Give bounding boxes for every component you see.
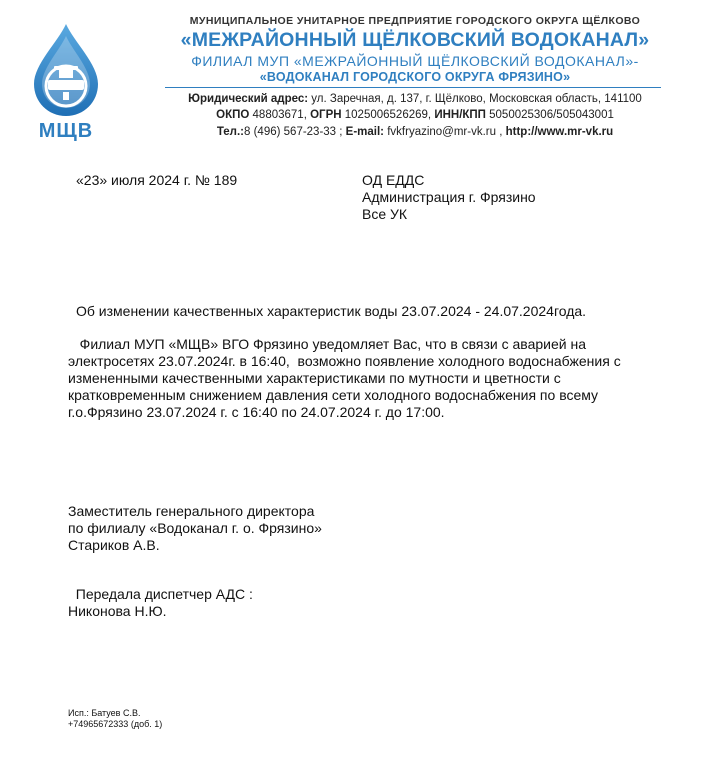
org-type: МУНИЦИПАЛЬНОЕ УНИТАРНОЕ ПРЕДПРИЯТИЕ ГОРО… [160,15,670,27]
okpo-label: ОКПО [216,109,249,121]
body-line: Филиал МУП «МЩВ» ВГО Фрязино уведомляет … [68,336,668,353]
inn-label: ИНН/КПП [434,109,486,121]
dispatcher-label: Передала диспетчер АДС : [68,586,668,603]
ogrn-value: 1025006526269, [345,109,431,121]
signatory-branch: по филиалу «Водоканал г. о. Фрязино» [68,520,668,537]
legal-address: Юридический адрес: ул. Заречная, д. 137,… [160,93,670,105]
email-label: E-mail: [346,126,384,138]
recipient: Все УК [362,206,407,222]
letter-body: Филиал МУП «МЩВ» ВГО Фрязино уведомляет … [68,336,668,421]
address-label: Юридический адрес: [188,93,308,105]
tel-label: Тел.: [217,126,244,138]
signatory-title: Заместитель генерального директора [68,503,668,520]
okpo-value: 48803671, [253,109,307,121]
water-drop-faucet-icon [28,20,104,120]
branch-name: «ВОДОКАНАЛ ГОРОДСКОГО ОКРУГА ФРЯЗИНО» [160,70,670,84]
ogrn-label: ОГРН [310,109,341,121]
letter-subject: Об изменении качественных характеристик … [76,303,586,319]
executor-name: Исп.: Батуев С.В. [68,708,140,718]
tel-value: 8 (496) 567-23-33 ; [244,126,342,138]
address-value: ул. Заречная, д. 137, г. Щёлково, Москов… [311,93,642,105]
company-logo: МЩВ [28,20,104,148]
inn-value: 5050025306/505043001 [489,109,614,121]
signatory-block: Заместитель генерального директора по фи… [68,503,668,554]
body-line: кратковременным снижением давления сети … [68,387,668,404]
email-link[interactable]: fvkfryazino@mr-vk.ru , [387,126,502,138]
header-divider [165,87,661,88]
recipient: Администрация г. Фрязино [362,189,536,205]
signatory-name: Стариков А.В. [68,537,668,554]
registration-codes: ОКПО 48803671, ОГРН 1025006526269, ИНН/К… [160,109,670,121]
body-line: г.о.Фрязино 23.07.2024 г. с 16:40 по 24.… [68,404,668,421]
recipient: ОД ЕДДС [362,172,424,188]
logo-abbreviation: МЩВ [28,120,104,143]
body-line: электросетях 23.07.2024г. в 16:40, возмо… [68,353,668,370]
dispatcher-name: Никонова Н.Ю. [68,603,668,620]
document-date-number: «23» июля 2024 г. № 189 [76,172,237,188]
org-name: «МЕЖРАЙОННЫЙ ЩЁЛКОВСКИЙ ВОДОКАНАЛ» [160,29,670,52]
branch-line: ФИЛИАЛ МУП «МЕЖРАЙОННЫЙ ЩЁЛКОВСКИЙ ВОДОК… [160,53,670,69]
website-link[interactable]: http://www.mr-vk.ru [506,126,614,138]
dispatcher-block: Передала диспетчер АДС : Никонова Н.Ю. [68,586,668,620]
executor-phone: +74965672333 (доб. 1) [68,719,162,729]
contacts: Тел.:8 (496) 567-23-33 ; E-mail: fvkfrya… [160,126,670,138]
body-line: измененными качественными характеристика… [68,370,668,387]
